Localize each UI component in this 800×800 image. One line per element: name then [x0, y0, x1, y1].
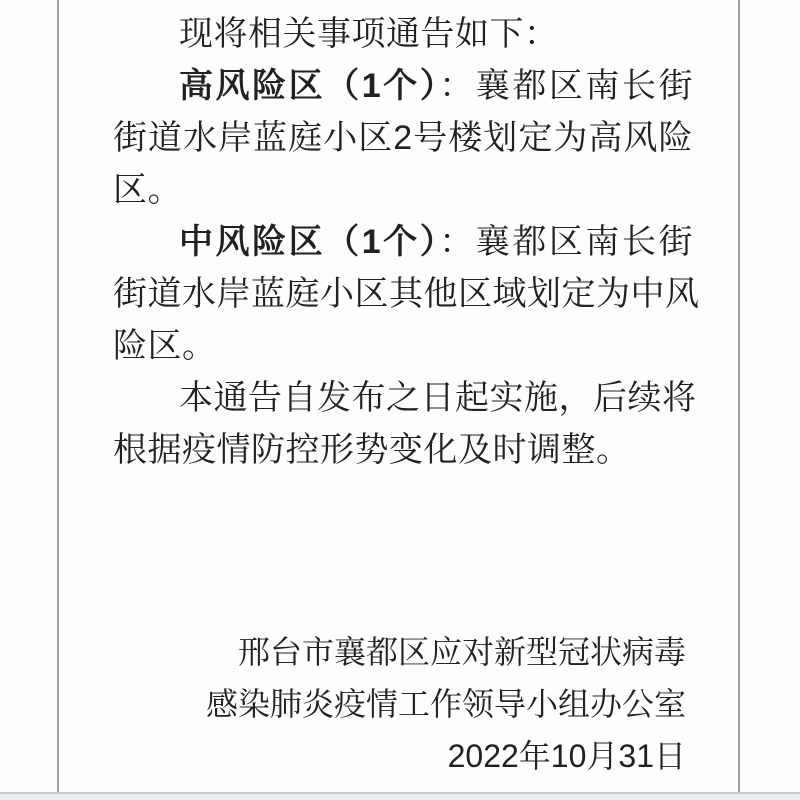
- page-right-border-line: [738, 0, 740, 800]
- notice-body: 现将相关事项通告如下： 高风险区（1个）：襄都区南长街 街道水岸蓝庭小区2号楼划…: [113, 8, 693, 476]
- effective-text-cont: 根据疫情防控形势变化及时调整。: [113, 431, 631, 469]
- high-risk-line-2: 街道水岸蓝庭小区2号楼划定为高风险: [113, 112, 693, 164]
- signature-date: 2022年10月31日: [60, 730, 686, 782]
- mid-risk-line-3: 险区。: [113, 320, 693, 372]
- mid-risk-text: ：襄都区南长街: [439, 223, 693, 261]
- signature-block: 邢台市襄都区应对新型冠状病毒 感染肺炎疫情工作领导小组办公室 2022年10月3…: [60, 626, 738, 782]
- signature-issuer-line-1: 邢台市襄都区应对新型冠状病毒: [60, 626, 686, 678]
- intro-text: 现将相关事项通告如下：: [179, 15, 559, 53]
- high-risk-text: ：襄都区南长街: [439, 67, 693, 105]
- page-bottom-strip: [0, 794, 800, 800]
- mid-risk-text-end: 险区。: [113, 327, 217, 365]
- high-risk-text-end: 区。: [113, 171, 182, 209]
- effective-line-2: 根据疫情防控形势变化及时调整。: [113, 424, 693, 476]
- signature-issuer-line-2: 感染肺炎疫情工作领导小组办公室: [60, 678, 686, 730]
- high-risk-text-cont: 街道水岸蓝庭小区2号楼划定为高风险: [113, 119, 693, 157]
- mid-risk-label: 中风险区（1个）: [179, 223, 439, 261]
- mid-risk-text-cont: 街道水岸蓝庭小区其他区域划定为中风: [113, 275, 700, 313]
- effective-line-1: 本通告自发布之日起实施，后续将: [113, 372, 693, 424]
- page-left-border-line: [57, 0, 59, 800]
- mid-risk-line-1: 中风险区（1个）：襄都区南长街: [113, 216, 693, 268]
- high-risk-line-1: 高风险区（1个）：襄都区南长街: [113, 60, 693, 112]
- high-risk-line-3: 区。: [113, 164, 693, 216]
- mid-risk-line-2: 街道水岸蓝庭小区其他区域划定为中风: [113, 268, 693, 320]
- high-risk-label: 高风险区（1个）: [179, 67, 439, 105]
- effective-text: 本通告自发布之日起实施，后续将: [179, 379, 697, 417]
- intro-line: 现将相关事项通告如下：: [113, 8, 693, 60]
